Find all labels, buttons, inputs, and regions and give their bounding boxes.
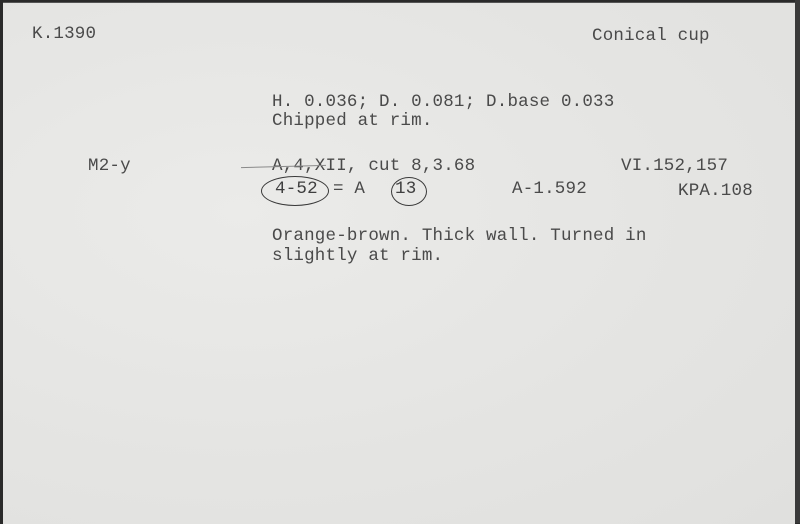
description-line-1: Orange-brown. Thick wall. Turned in	[272, 226, 647, 246]
reference-vi: VI.152,157	[621, 156, 728, 176]
kpa-reference: KPA.108	[678, 181, 753, 201]
scan-edge	[795, 0, 800, 523]
condition-note: Chipped at rim.	[272, 111, 433, 131]
catalog-card: K.1390 Conical cup H. 0.036; D. 0.081; D…	[3, 2, 795, 523]
handwritten-number: 13	[395, 179, 416, 199]
handwritten-equals: = A	[333, 179, 365, 199]
catalog-number: K.1390	[32, 24, 96, 44]
context-code: M2-y	[88, 156, 131, 176]
inventory-a: A-1.592	[512, 179, 587, 199]
object-type: Conical cup	[592, 26, 710, 46]
dimensions: H. 0.036; D. 0.081; D.base 0.033	[272, 92, 614, 112]
description-line-2: slightly at rim.	[272, 246, 443, 266]
handwritten-lot: 4-52	[275, 179, 318, 199]
